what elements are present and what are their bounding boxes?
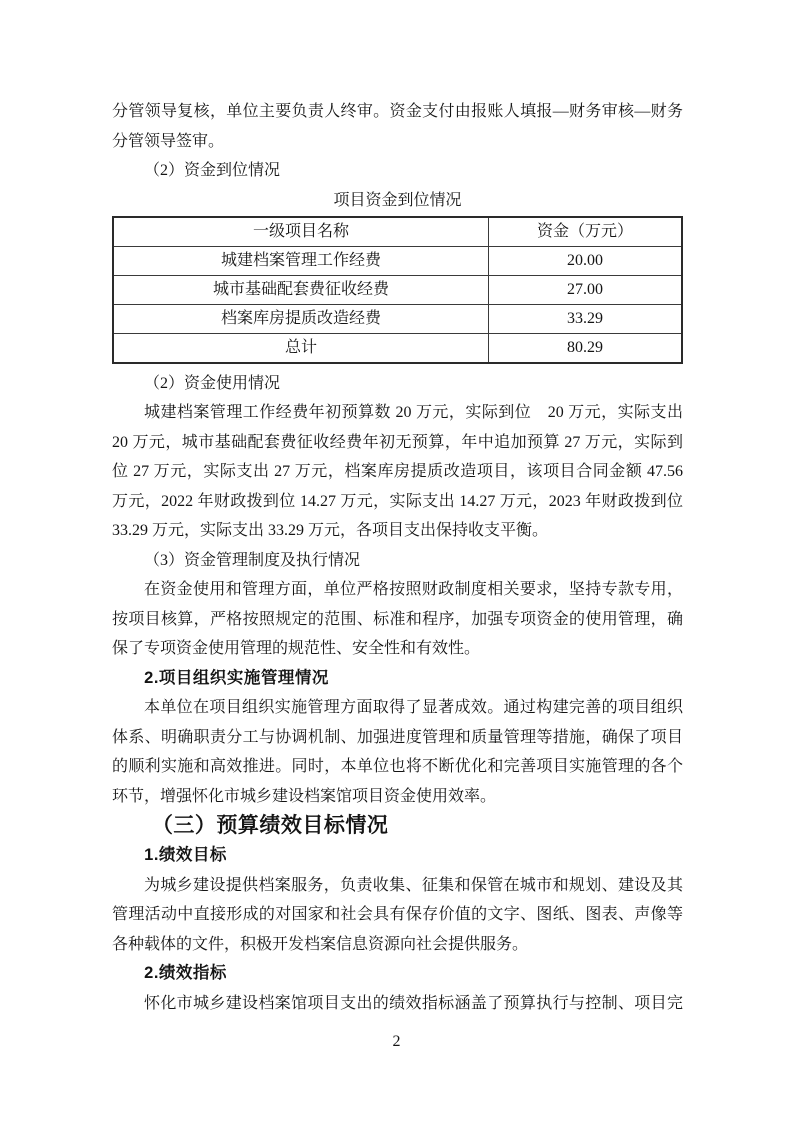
paragraph-line: 20 万元，城市基础配套费征收经费年初无预算，年中追加预算 27 万元，实际到 (112, 428, 683, 458)
paragraph-line: 为城乡建设提供档案服务，负责收集、征集和保管在城市和规划、建设及其 (112, 871, 683, 901)
amount-cell: 33.29 (489, 304, 682, 333)
paragraph-line: 保了专项资金使用管理的规范性、安全性和有效性。 (112, 634, 683, 664)
paragraph-line: 在资金使用和管理方面，单位严格按照财政制度相关要求，坚持专款专用， (112, 575, 683, 605)
page-number: 2 (0, 1033, 793, 1051)
paragraph-line: 万元，2022 年财政拨到位 14.27 万元，实际支出 14.27 万元，20… (112, 487, 683, 517)
page-content: 分管领导复核，单位主要负责人终审。资金支付由报账人填报—财务审核—财务 分管领导… (112, 97, 683, 1018)
paragraph-line: 环节，增强怀化市城乡建设档案馆项目资金使用效率。 (112, 782, 683, 812)
amount-cell: 80.29 (489, 333, 682, 363)
paragraph-line: 本单位在项目组织实施管理方面取得了显著成效。通过构建完善的项目组织 (112, 693, 683, 723)
amount-cell: 20.00 (489, 246, 682, 275)
project-name-cell: 档案库房提质改造经费 (113, 304, 489, 333)
paragraph-line: 管理活动中直接形成的对国家和社会具有保存价值的文字、图纸、图表、声像等 (112, 900, 683, 930)
paragraph-line: 分管领导复核，单位主要负责人终审。资金支付由报账人填报—财务审核—财务 (112, 97, 683, 127)
project-name-cell: 城市基础配套费征收经费 (113, 275, 489, 304)
table-row: 总计 80.29 (113, 333, 682, 363)
project-name-cell: 总计 (113, 333, 489, 363)
paragraph-line: 按项目核算，严格按照规定的范围、标准和程序，加强专项资金的使用管理，确 (112, 605, 683, 635)
subheading-funds-usage: （2）资金使用情况 (112, 369, 683, 399)
document-page: 分管领导复核，单位主要负责人终审。资金支付由报账人填报—财务审核—财务 分管领导… (0, 0, 793, 1122)
paragraph-line: 各种载体的文件，积极开发档案信息资源向社会提供服务。 (112, 930, 683, 960)
table-caption: 项目资金到位情况 (112, 186, 683, 216)
project-name-cell: 城建档案管理工作经费 (113, 246, 489, 275)
paragraph-line: 的顺利实施和高效推进。同时，本单位也将不断优化和完善项目实施管理的各个 (112, 752, 683, 782)
heading-org-implementation: 2.项目组织实施管理情况 (112, 664, 683, 694)
paragraph-line: 怀化市城乡建设档案馆项目支出的绩效指标涵盖了预算执行与控制、项目完 (112, 989, 683, 1019)
paragraph-line: 33.29 万元，实际支出 33.29 万元，各项目支出保持收支平衡。 (112, 516, 683, 546)
paragraph-line: 分管领导签审。 (112, 127, 683, 157)
funds-table: 一级项目名称 资金（万元） 城建档案管理工作经费 20.00 城市基础配套费征收… (112, 216, 683, 364)
amount-cell: 27.00 (489, 275, 682, 304)
paragraph-line: 城建档案管理工作经费年初预算数 20 万元，实际到位 20 万元，实际支出 (112, 398, 683, 428)
table-header-row: 一级项目名称 资金（万元） (113, 217, 682, 247)
subheading-funds-received: （2）资金到位情况 (112, 156, 683, 186)
paragraph-line: 位 27 万元，实际支出 27 万元，档案库房提质改造项目，该项目合同金额 47… (112, 457, 683, 487)
paragraph-line: 体系、明确职责分工与协调机制、加强进度管理和质量管理等措施，确保了项目 (112, 723, 683, 753)
table-row: 档案库房提质改造经费 33.29 (113, 304, 682, 333)
table-header-amount: 资金（万元） (489, 217, 682, 247)
table-row: 城市基础配套费征收经费 27.00 (113, 275, 682, 304)
heading-performance-indicator: 2.绩效指标 (112, 959, 683, 989)
subheading-funds-management: （3）资金管理制度及执行情况 (112, 546, 683, 576)
table-row: 城建档案管理工作经费 20.00 (113, 246, 682, 275)
heading-performance-goal: 1.绩效目标 (112, 841, 683, 871)
table-header-project-name: 一级项目名称 (113, 217, 489, 247)
section-heading-budget-performance: （三）预算绩效目标情况 (112, 811, 683, 841)
